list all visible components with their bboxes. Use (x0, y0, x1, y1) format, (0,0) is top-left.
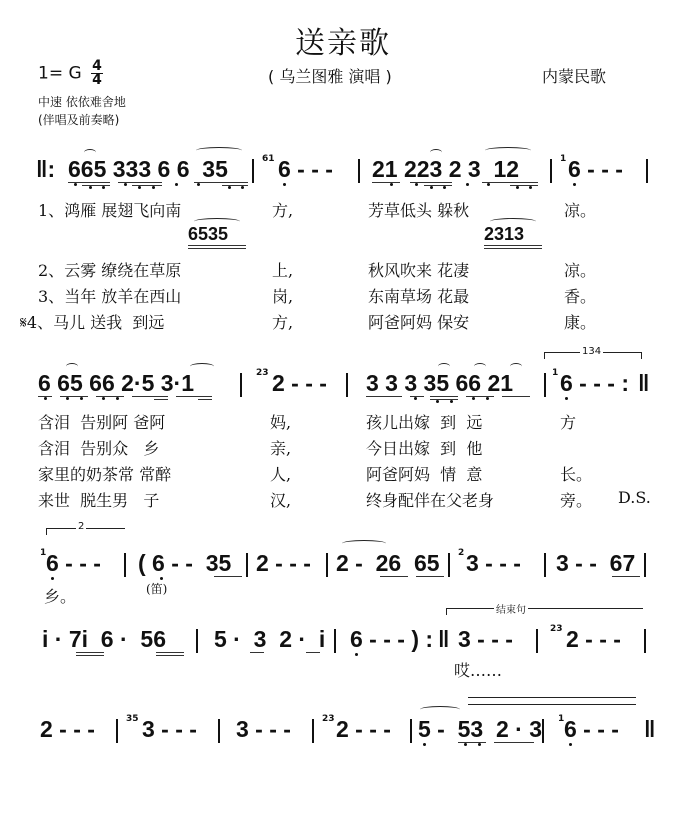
measure-25: 6 - - - (564, 716, 619, 743)
volta-label: 134 (580, 346, 603, 357)
measure-20: 2 - - - (40, 716, 95, 743)
measure-17: 6 - - - ) : (350, 626, 433, 653)
grace-note: 23 (256, 368, 269, 378)
repeat-start: ‖: (36, 156, 55, 183)
measure-2: 6 - - - (278, 156, 333, 183)
measure-18: 3 - - - (458, 626, 513, 653)
origin: 内蒙民歌 (542, 64, 606, 87)
ds-marking: D.S. (618, 488, 651, 507)
measure-16: 5 · 3 2 · i (214, 626, 325, 653)
segno-sign: 𝄋 (20, 313, 27, 332)
measure-14: 3 - - 67 (556, 550, 635, 577)
grace-note: 1 (552, 368, 558, 378)
grace-note: 61 (262, 154, 275, 164)
measure-23: 2 - - - (336, 716, 391, 743)
key-label: 1= G (38, 64, 82, 84)
measure-6: 2 - - - (272, 370, 327, 397)
tempo-marking: 中速 依依难舍地 (38, 93, 126, 110)
song-title: 送亲歌 (0, 18, 686, 62)
time-signature: 4 4 (91, 60, 103, 87)
measure-7: 3 3 3 35 66 21 (366, 370, 513, 397)
measure-3: 21 223 2 3 12 (372, 156, 519, 183)
accompaniment-note: (伴唱及前奏略) (38, 111, 119, 128)
alt-notes-left: 6535 (188, 224, 228, 245)
final-barline: ‖ (644, 716, 655, 743)
grace-note: 1 (560, 154, 566, 164)
measure-1: 665 333 6 6 35 (68, 156, 228, 183)
ending-bracket (446, 608, 643, 615)
measure-15: i · 7i 6 · 56 (42, 626, 166, 653)
performer: ( 乌兰图雅 演唱 ) (268, 64, 392, 87)
measure-19: 2 - - - (566, 626, 621, 653)
decrescendo (468, 697, 636, 698)
instrument-label: (笛) (146, 580, 167, 597)
measure-4: 6 - - - (568, 156, 623, 183)
key-signature: 1= G 4 4 (38, 60, 103, 87)
measure-5: 6 65 66 2·5 3·1 (38, 370, 194, 397)
measure-12: 2 - 26 65 (336, 550, 440, 577)
measure-22: 3 - - - (236, 716, 291, 743)
measure-9: 6 - - - (46, 550, 101, 577)
measure-24: 5 - 53 2 · 3 (418, 716, 542, 743)
ending-label: 结束句 (494, 601, 528, 616)
alt-notes-right: 2313 (484, 224, 524, 245)
measure-21: 3 - - - (142, 716, 197, 743)
measure-10: ( 6 - - 35 (138, 550, 231, 577)
barline (252, 159, 254, 183)
measure-11: 2 - - - (256, 550, 311, 577)
measure-13: 3 - - - (466, 550, 521, 577)
repeat-end: ‖ (638, 370, 649, 397)
measure-8: 6 - - - : (560, 370, 629, 397)
time-sig-bottom: 4 (91, 74, 103, 87)
